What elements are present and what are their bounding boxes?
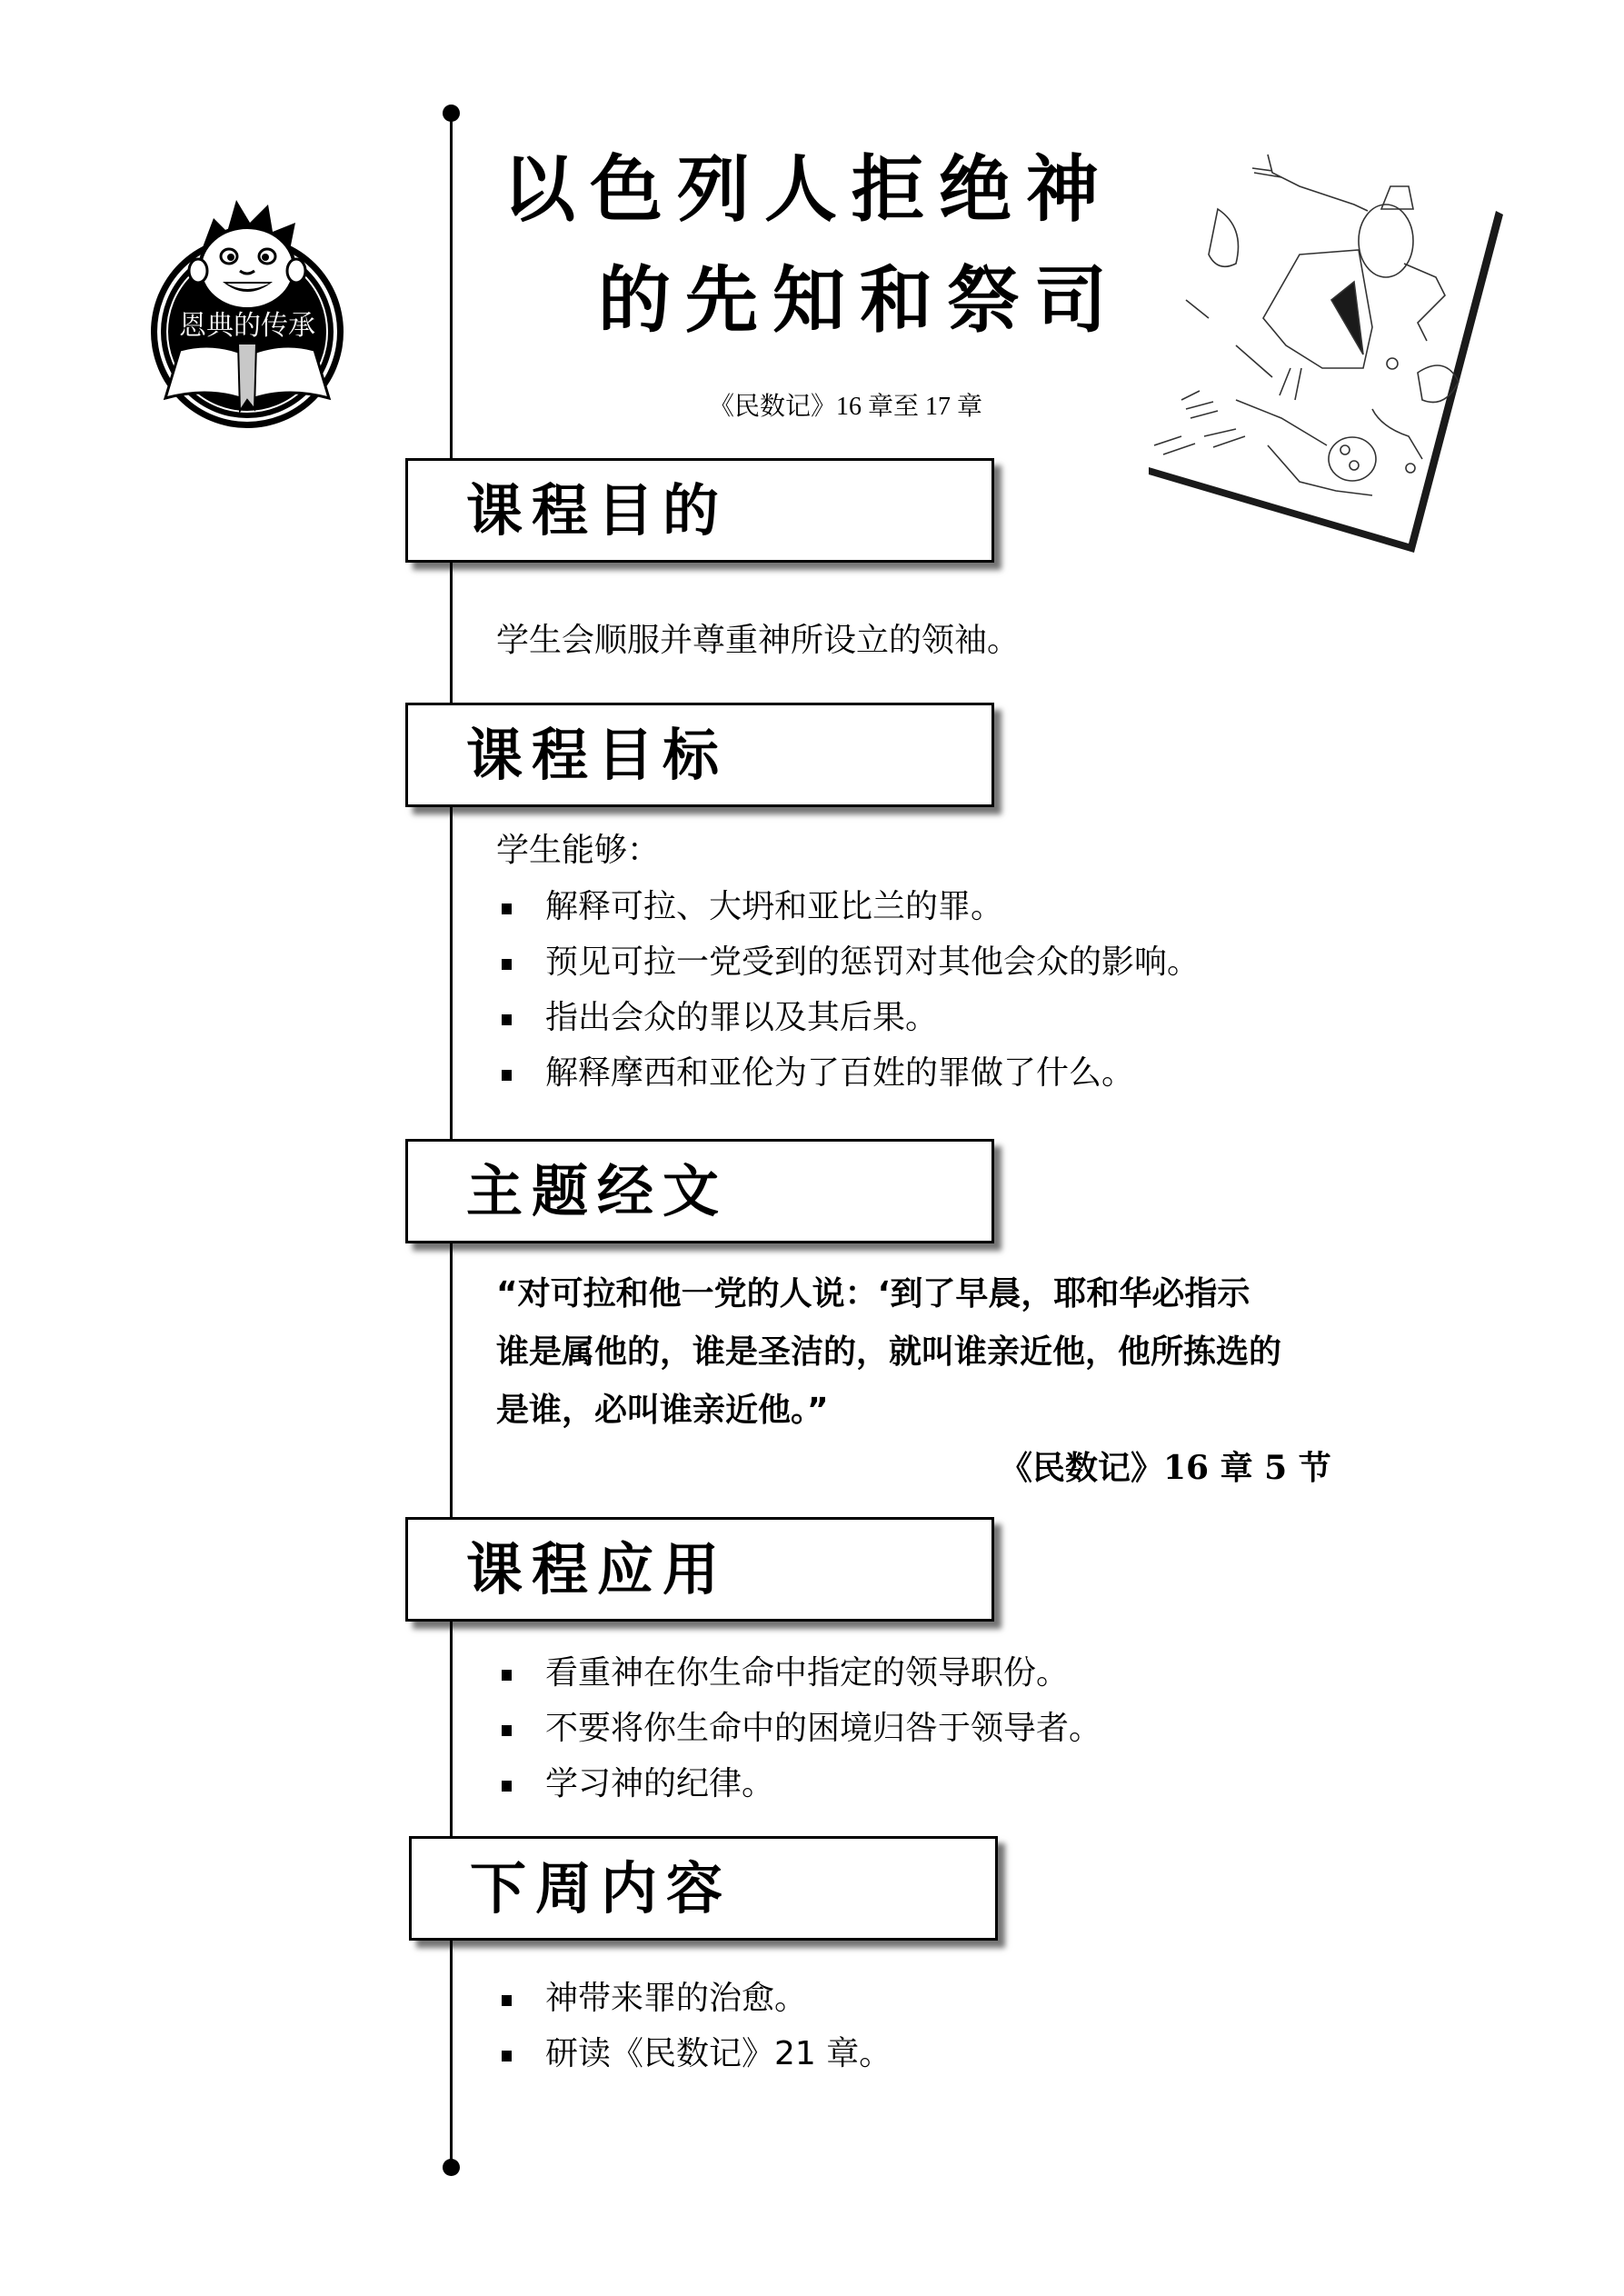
square-bullet-icon <box>502 2051 512 2061</box>
objective-text: 解释摩西和亚伦为了百姓的罪做了什么。 <box>545 1054 1134 1092</box>
scripture-range: 《民数记》16 章至 17 章 <box>709 386 982 423</box>
application-text: 看重神在你生命中指定的领导职份。 <box>545 1654 1069 1692</box>
theme-verse-text: “对可拉和他一党的人说：‘到了早晨，耶和华必指示 谁是属他的，谁是圣洁的，就叫谁… <box>496 1265 1423 1440</box>
verse-line: “对可拉和他一党的人说：‘到了早晨，耶和华必指示 <box>496 1265 1423 1323</box>
section-header-application: 课程应用 <box>405 1517 994 1622</box>
timeline-top-dot <box>443 105 460 122</box>
verse-line: 谁是属他的，谁是圣洁的，就叫谁亲近他，他所拣选的 <box>496 1323 1423 1382</box>
next-week-text: 神带来罪的治愈。 <box>545 1980 807 2017</box>
square-bullet-icon <box>502 903 512 914</box>
lesson-title-line-1: 以色列人拒绝神 <box>503 153 1113 225</box>
list-item: 看重神在你生命中指定的领导职份。 <box>496 1645 1101 1701</box>
section-title-application: 课程应用 <box>466 1538 728 1602</box>
verse-line: 是谁，必叫谁亲近他。” <box>496 1382 1423 1440</box>
section-header-objectives: 课程目标 <box>405 703 994 807</box>
list-item: 解释摩西和亚伦为了百姓的罪做了什么。 <box>496 1045 1200 1101</box>
section-title-theme-verse: 主题经文 <box>466 1160 728 1223</box>
next-week-list: 神带来罪的治愈。 研读《民数记》21 章。 <box>496 1971 892 2081</box>
section-header-next-week: 下周内容 <box>409 1836 998 1941</box>
section-title-objectives: 课程目标 <box>466 724 728 787</box>
objective-text: 预见可拉一党受到的惩罚对其他会众的影响。 <box>545 943 1200 981</box>
objective-text: 指出会众的罪以及其后果。 <box>545 999 938 1036</box>
lesson-title-line-2: 的先知和祭司 <box>598 264 1121 336</box>
verse-reference: 《民数记》16 章 5 节 <box>1000 1442 1331 1489</box>
list-item: 预见可拉一党受到的惩罚对其他会众的影响。 <box>496 934 1200 990</box>
square-bullet-icon <box>502 1725 512 1736</box>
section-title-next-week: 下周内容 <box>470 1857 732 1921</box>
boy-reading-book-icon: 恩典的传承 <box>136 182 359 432</box>
application-text: 学习神的纪律。 <box>545 1765 774 1802</box>
square-bullet-icon <box>502 1070 512 1081</box>
square-bullet-icon <box>502 1781 512 1792</box>
application-list: 看重神在你生命中指定的领导职份。 不要将你生命中的困境归咎于领导者。 学习神的纪… <box>496 1645 1101 1812</box>
square-bullet-icon <box>502 1670 512 1681</box>
objective-text: 解释可拉、大坍和亚比兰的罪。 <box>545 888 1003 925</box>
list-item: 解释可拉、大坍和亚比兰的罪。 <box>496 879 1200 934</box>
list-item: 指出会众的罪以及其后果。 <box>496 990 1200 1045</box>
list-item: 神带来罪的治愈。 <box>496 1971 892 2026</box>
section-header-theme-verse: 主题经文 <box>405 1139 994 1243</box>
square-bullet-icon <box>502 1014 512 1025</box>
application-text: 不要将你生命中的困境归咎于领导者。 <box>545 1710 1101 1747</box>
section-header-purpose: 课程目的 <box>405 458 994 563</box>
moses-illustration-icon <box>1145 136 1545 573</box>
list-item: 不要将你生命中的困境归咎于领导者。 <box>496 1701 1101 1756</box>
objectives-list: 解释可拉、大坍和亚比兰的罪。 预见可拉一党受到的惩罚对其他会众的影响。 指出会众… <box>496 879 1200 1101</box>
purpose-text: 学生会顺服并尊重神所设立的领袖。 <box>496 613 1020 669</box>
list-item: 研读《民数记》21 章。 <box>496 2026 892 2081</box>
list-item: 学习神的纪律。 <box>496 1756 1101 1812</box>
next-week-text: 研读《民数记》21 章。 <box>545 2035 892 2072</box>
square-bullet-icon <box>502 959 512 970</box>
illustration-moses-earth-swallows <box>1145 136 1545 573</box>
svg-text:恩典的传承: 恩典的传承 <box>179 310 315 342</box>
timeline-bottom-dot <box>443 2159 460 2176</box>
logo-grace-heritage: 恩典的传承 <box>136 182 359 432</box>
section-title-purpose: 课程目的 <box>466 479 728 543</box>
objectives-intro: 学生能够： <box>496 823 660 879</box>
square-bullet-icon <box>502 1995 512 2006</box>
